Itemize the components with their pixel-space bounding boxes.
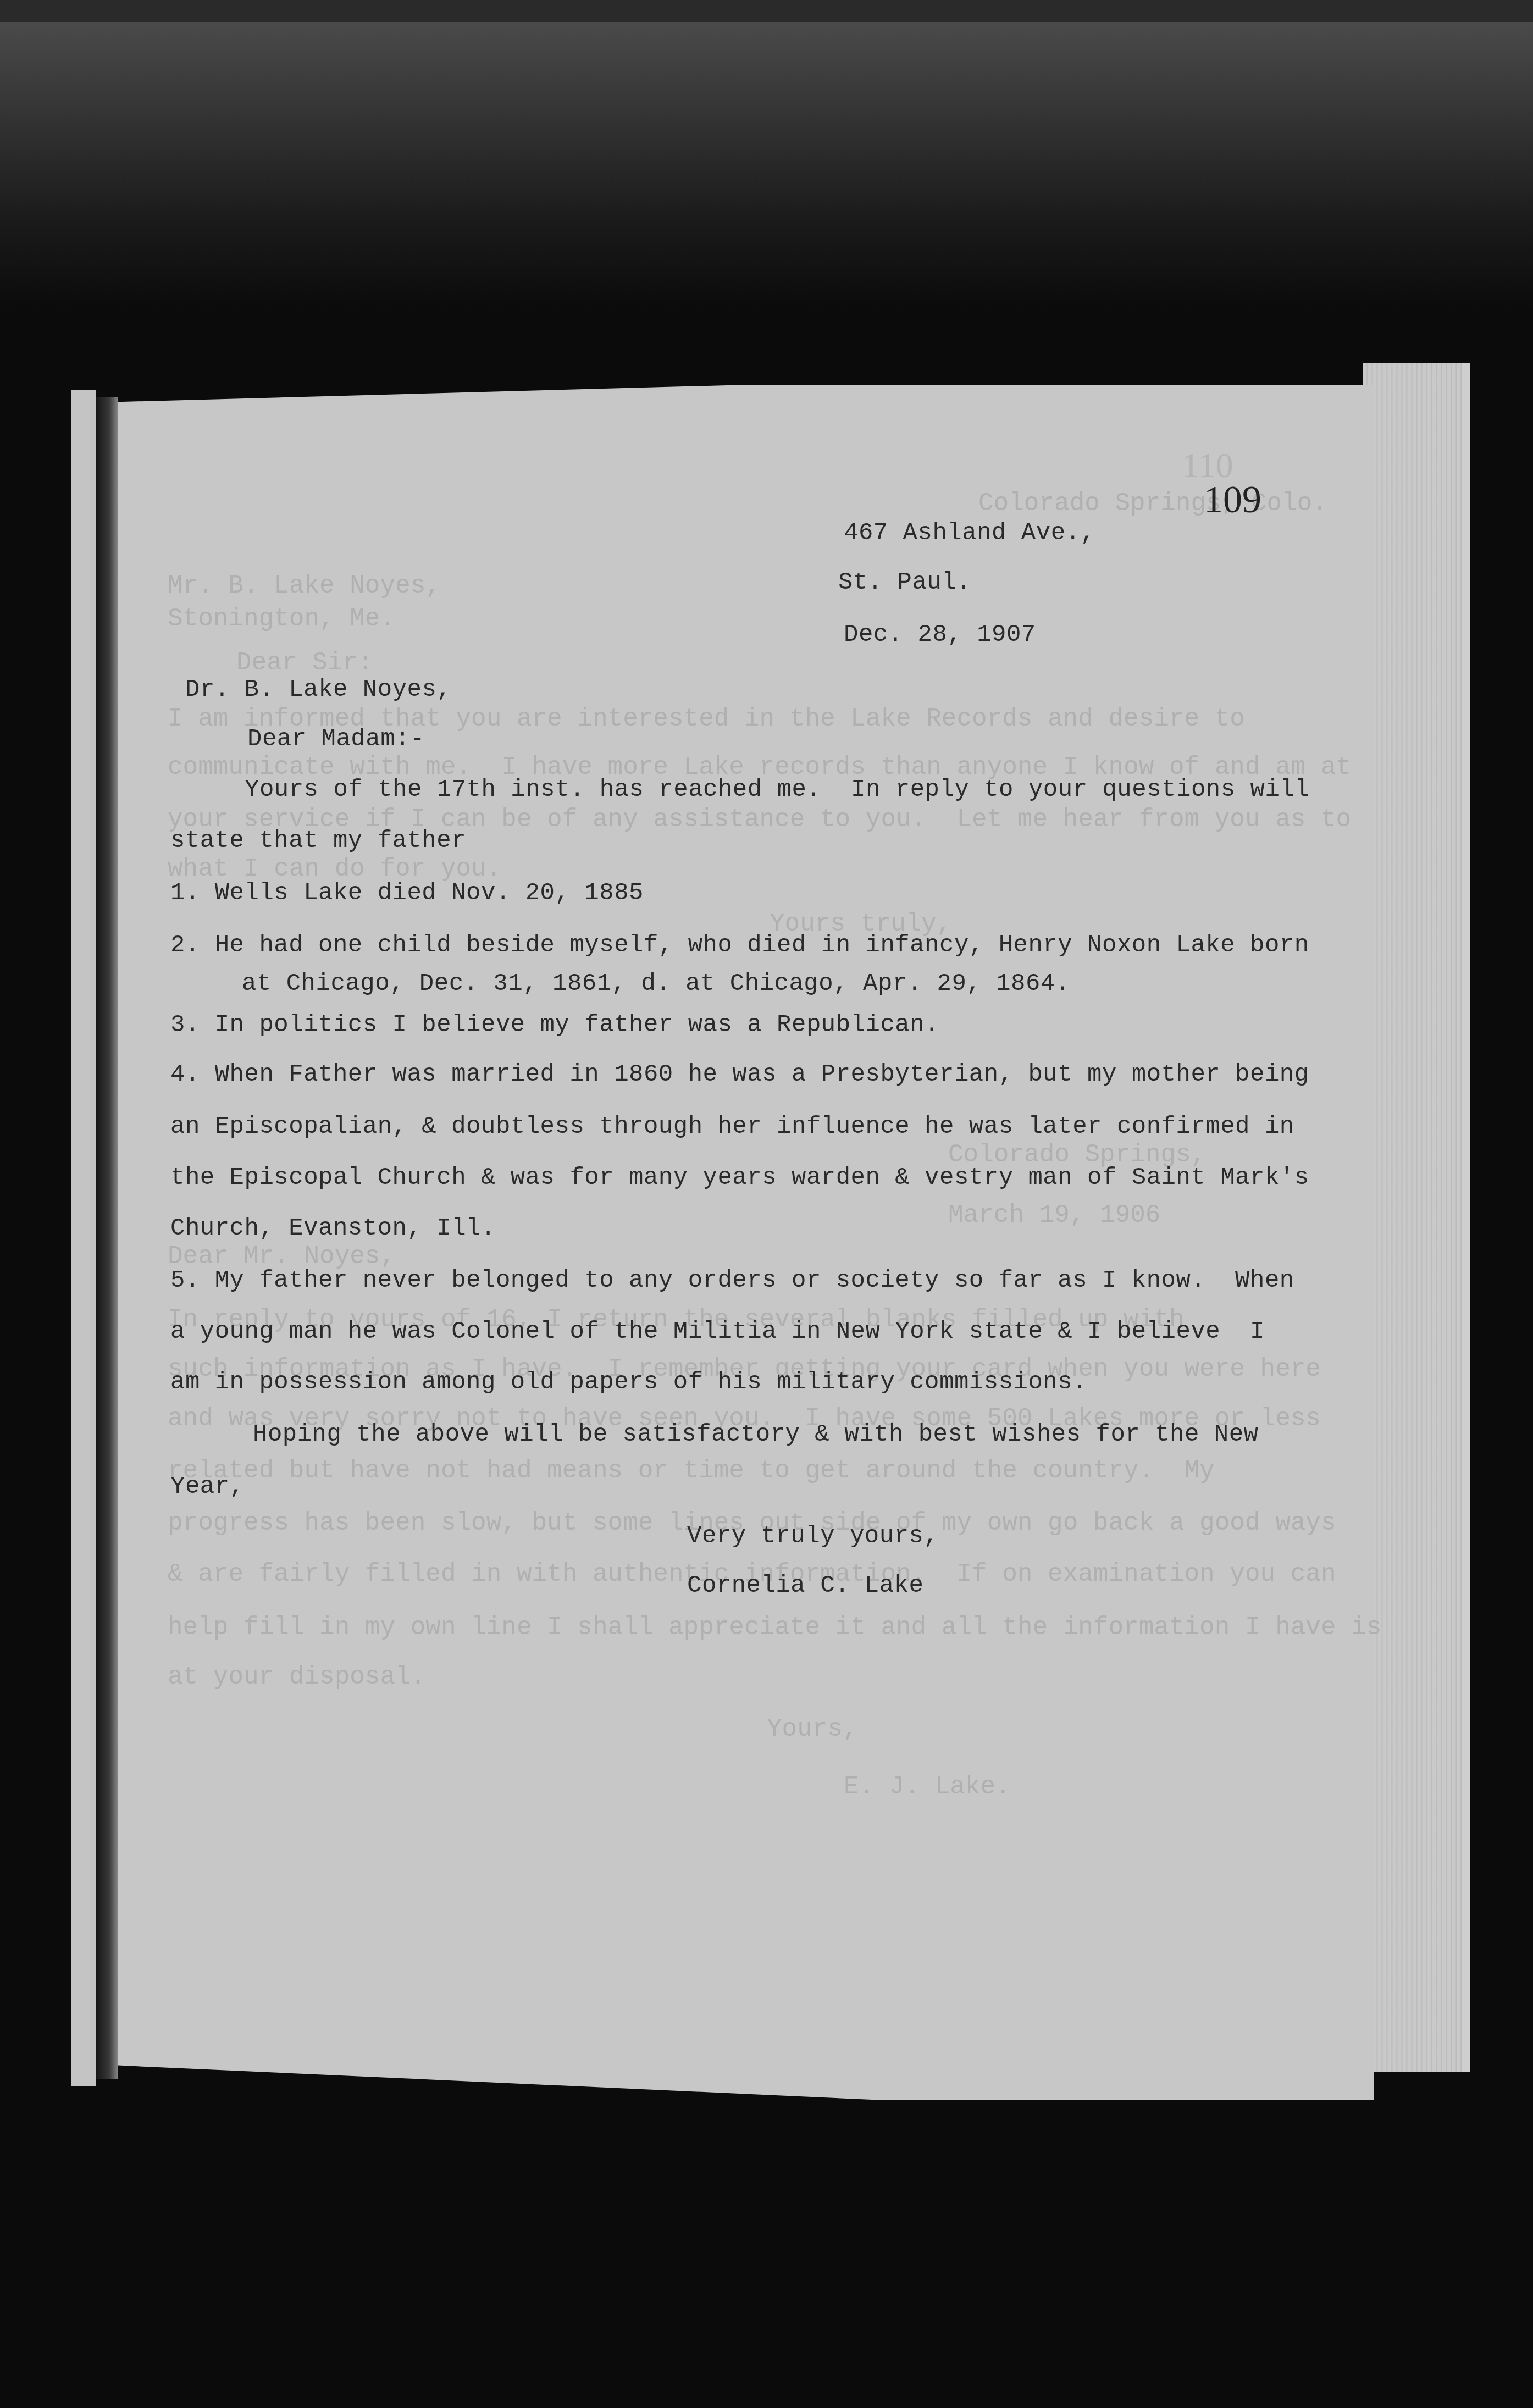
item-2-line-1: 2. He had one child beside myself, who d… xyxy=(170,932,1309,959)
item-3: 3. In politics I believe my father was a… xyxy=(170,1011,939,1039)
address-line-2: St. Paul. xyxy=(838,569,971,596)
letter-date: Dec. 28, 1907 xyxy=(844,621,1036,649)
bleed-addressee-2: Stonington, Me. xyxy=(168,605,395,633)
closing-line-1: Hoping the above will be satisfactory & … xyxy=(253,1421,1259,1448)
microfilm-background xyxy=(0,22,1533,308)
bleed-second-date: March 19, 1906 xyxy=(948,1201,1160,1230)
address-line-1: 467 Ashland Ave., xyxy=(844,519,1095,547)
item-5-line-3: am in possession among old papers of his… xyxy=(170,1369,1087,1396)
item-4-line-4: Church, Evanston, Ill. xyxy=(170,1215,496,1242)
bleed-header: Colorado Springs, Colo. xyxy=(978,489,1327,518)
page-number: 109 xyxy=(1204,478,1261,522)
bleed-second-closing: Yours, xyxy=(767,1715,858,1743)
item-5-line-2: a young man he was Colonel of the Militi… xyxy=(170,1318,1265,1346)
binding-gutter xyxy=(96,397,118,2079)
item-5-line-1: 5. My father never belonged to any order… xyxy=(170,1267,1294,1294)
bleed-second-body: at your disposal. xyxy=(168,1663,425,1691)
item-1: 1. Wells Lake died Nov. 20, 1885 xyxy=(170,879,644,907)
item-2-line-2: at Chicago, Dec. 31, 1861, d. at Chicago… xyxy=(242,970,1070,998)
signature: Cornelia C. Lake xyxy=(687,1572,923,1599)
right-page-stack xyxy=(1363,363,1470,2072)
bleed-second-signature: E. J. Lake. xyxy=(844,1773,1011,1801)
item-4-line-3: the Episcopal Church & was for many year… xyxy=(170,1164,1309,1192)
bleed-addressee-1: Mr. B. Lake Noyes, xyxy=(168,572,441,600)
opening-line-1: Yours of the 17th inst. has reached me. … xyxy=(245,776,1309,804)
bleed-second-body: help fill in my own line I shall appreci… xyxy=(168,1613,1381,1642)
closing-line-2: Year, xyxy=(170,1473,245,1501)
salutation: Dear Madam:- xyxy=(247,726,425,753)
recipient-name: Dr. B. Lake Noyes, xyxy=(185,676,451,704)
bleed-salutation: Dear Sir: xyxy=(236,649,373,677)
left-page-edge xyxy=(71,390,96,2086)
item-4-line-2: an Episcopalian, & doubtless through her… xyxy=(170,1113,1294,1141)
bleed-second-body: related but have not had means or time t… xyxy=(168,1457,1215,1485)
item-4-line-1: 4. When Father was married in 1860 he wa… xyxy=(170,1061,1309,1088)
valediction: Very truly yours, xyxy=(687,1523,938,1550)
opening-line-2: state that my father xyxy=(170,827,466,855)
microfilm-top-band xyxy=(0,0,1533,22)
